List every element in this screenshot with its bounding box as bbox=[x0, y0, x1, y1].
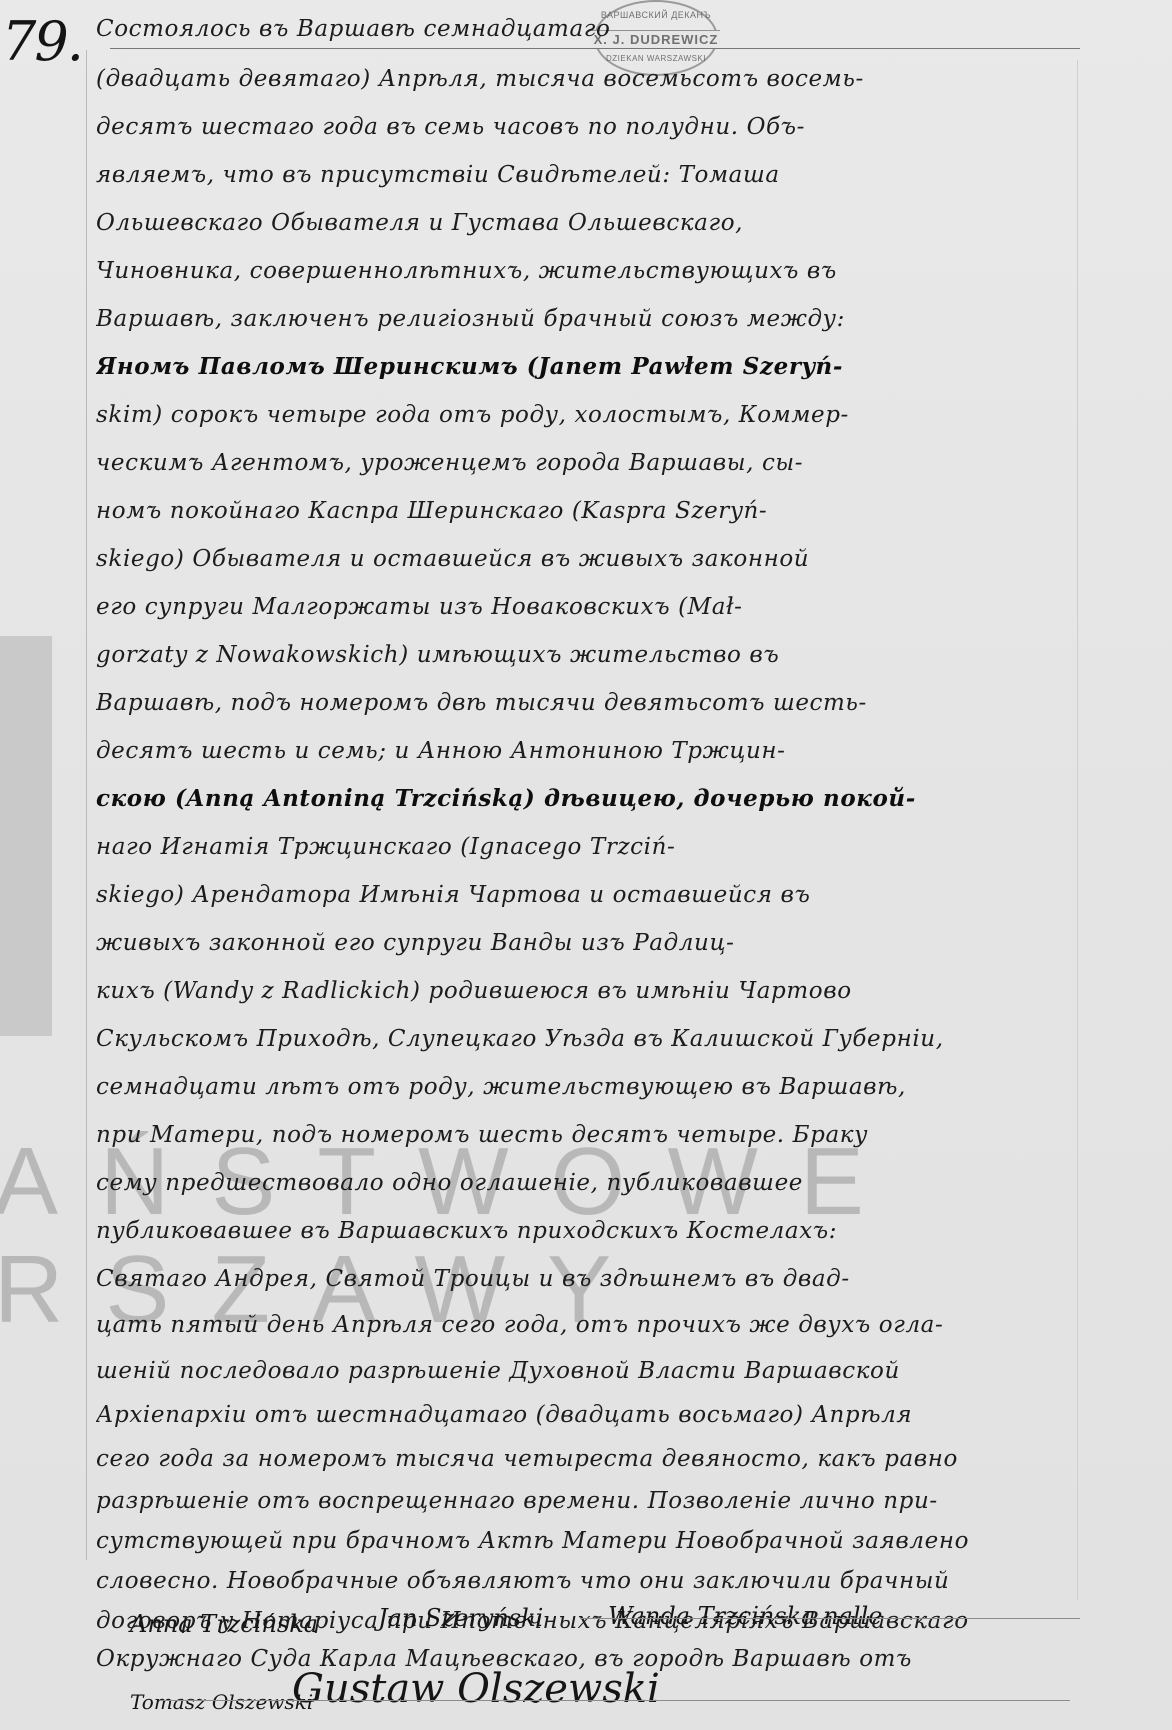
stamp-bottom-text: DZIEKAN WARSZAWSKI bbox=[596, 54, 716, 63]
signature: Gustaw Olszewski bbox=[292, 1666, 660, 1712]
record-line: Состоялось въ Варшавѣ семнадцатаго bbox=[96, 14, 1081, 44]
entry-number: 79. bbox=[2, 10, 82, 73]
record-line: Святаго Андрея, Святой Троицы и въ здѣшн… bbox=[96, 1264, 1081, 1294]
record-line: ческимъ Агентомъ, уроженцемъ города Варш… bbox=[96, 448, 1081, 478]
record-line: скою (Anną Antoniną Trzcińską) дѣвицею, … bbox=[96, 784, 1081, 814]
record-line: Яномъ Павломъ Шеринскимъ (Janem Pawłem S… bbox=[96, 352, 1081, 382]
record-line: шеній последовало разрѣшеніе Духовной Вл… bbox=[96, 1356, 1081, 1386]
record-line: skim) сорокъ четыре года отъ роду, холос… bbox=[96, 400, 1081, 430]
record-line: являемъ, что въ присутствіи Свидѣтелей: … bbox=[96, 160, 1081, 190]
record-line: при Матери, подъ номеромъ шесть десятъ ч… bbox=[96, 1120, 1081, 1150]
scanned-document-page: AŃSTWOWE RSZAWY 79. ВАРШАВСКИЙ ДЕКАНЪ X.… bbox=[0, 0, 1172, 1730]
record-line: Архіепархіи отъ шестнадцатаго (двадцать … bbox=[96, 1400, 1081, 1430]
record-line: skiego) Обывателя и оставшейся въ живыхъ… bbox=[96, 544, 1081, 574]
signature: Jan Szeryński bbox=[378, 1604, 543, 1632]
record-line: gorzaty z Nowakowskich) имѣющихъ жительс… bbox=[96, 640, 1081, 670]
record-line: десятъ шестаго года въ семь часовъ по по… bbox=[96, 112, 1081, 142]
signature-rule-1 bbox=[580, 1618, 1080, 1619]
record-line: живыхъ законной его супруги Ванды изъ Ра… bbox=[96, 928, 1081, 958]
signature-rule-2 bbox=[160, 1700, 1070, 1701]
record-line: публиковавшее въ Варшавскихъ приходскихъ… bbox=[96, 1216, 1081, 1246]
archive-watermark-block bbox=[0, 636, 52, 1036]
record-line: сему предшествовало одно оглашеніе, публ… bbox=[96, 1168, 1081, 1198]
record-line: Ольшевскаго Обывателя и Густава Ольшевск… bbox=[96, 208, 1081, 238]
record-line: сего года за номеромъ тысяча четыреста д… bbox=[96, 1444, 1081, 1474]
record-line: skiego) Арендатора Имѣнія Чартова и оста… bbox=[96, 880, 1081, 910]
record-line: номъ покойнаго Каспра Шеринскаго (Kaspra… bbox=[96, 496, 1081, 526]
record-line: Варшавѣ, заключенъ религіозный брачный с… bbox=[96, 304, 1081, 334]
signature: Anna Trzcińska bbox=[130, 1610, 318, 1638]
record-line: цать пятый день Апрѣля сего года, отъ пр… bbox=[96, 1310, 1081, 1340]
record-line: Чиновника, совершеннолѣтнихъ, жительству… bbox=[96, 256, 1081, 286]
record-line: Варшавѣ, подъ номеромъ двѣ тысячи девять… bbox=[96, 688, 1081, 718]
record-line: словесно. Новобрачные объявляютъ что они… bbox=[96, 1566, 1081, 1596]
record-line: десятъ шесть и семь; и Анною Антониною Т… bbox=[96, 736, 1081, 766]
record-line: его супруги Малгоржаты изъ Новаковскихъ … bbox=[96, 592, 1081, 622]
signature: Wanda Trzcińska nalle bbox=[608, 1602, 882, 1630]
record-line: наго Игнатія Тржцинскаго (Ignacego Trzci… bbox=[96, 832, 1081, 862]
record-line: (двадцать девятаго) Апрѣля, тысяча восем… bbox=[96, 64, 1081, 94]
header-underline bbox=[110, 48, 1080, 49]
record-line: семнадцати лѣтъ отъ роду, жительствующею… bbox=[96, 1072, 1081, 1102]
record-line: Скульскомъ Приходѣ, Слупецкаго Уѣзда въ … bbox=[96, 1024, 1081, 1054]
signature: Tomasz Olszewski bbox=[130, 1690, 313, 1714]
record-line: сутствующей при брачномъ Актѣ Матери Нов… bbox=[96, 1526, 1081, 1556]
record-line: разрѣшеніе отъ воспрещеннаго времени. По… bbox=[96, 1486, 1081, 1516]
record-line: кихъ (Wandy z Radlickich) родившеюся въ … bbox=[96, 976, 1081, 1006]
